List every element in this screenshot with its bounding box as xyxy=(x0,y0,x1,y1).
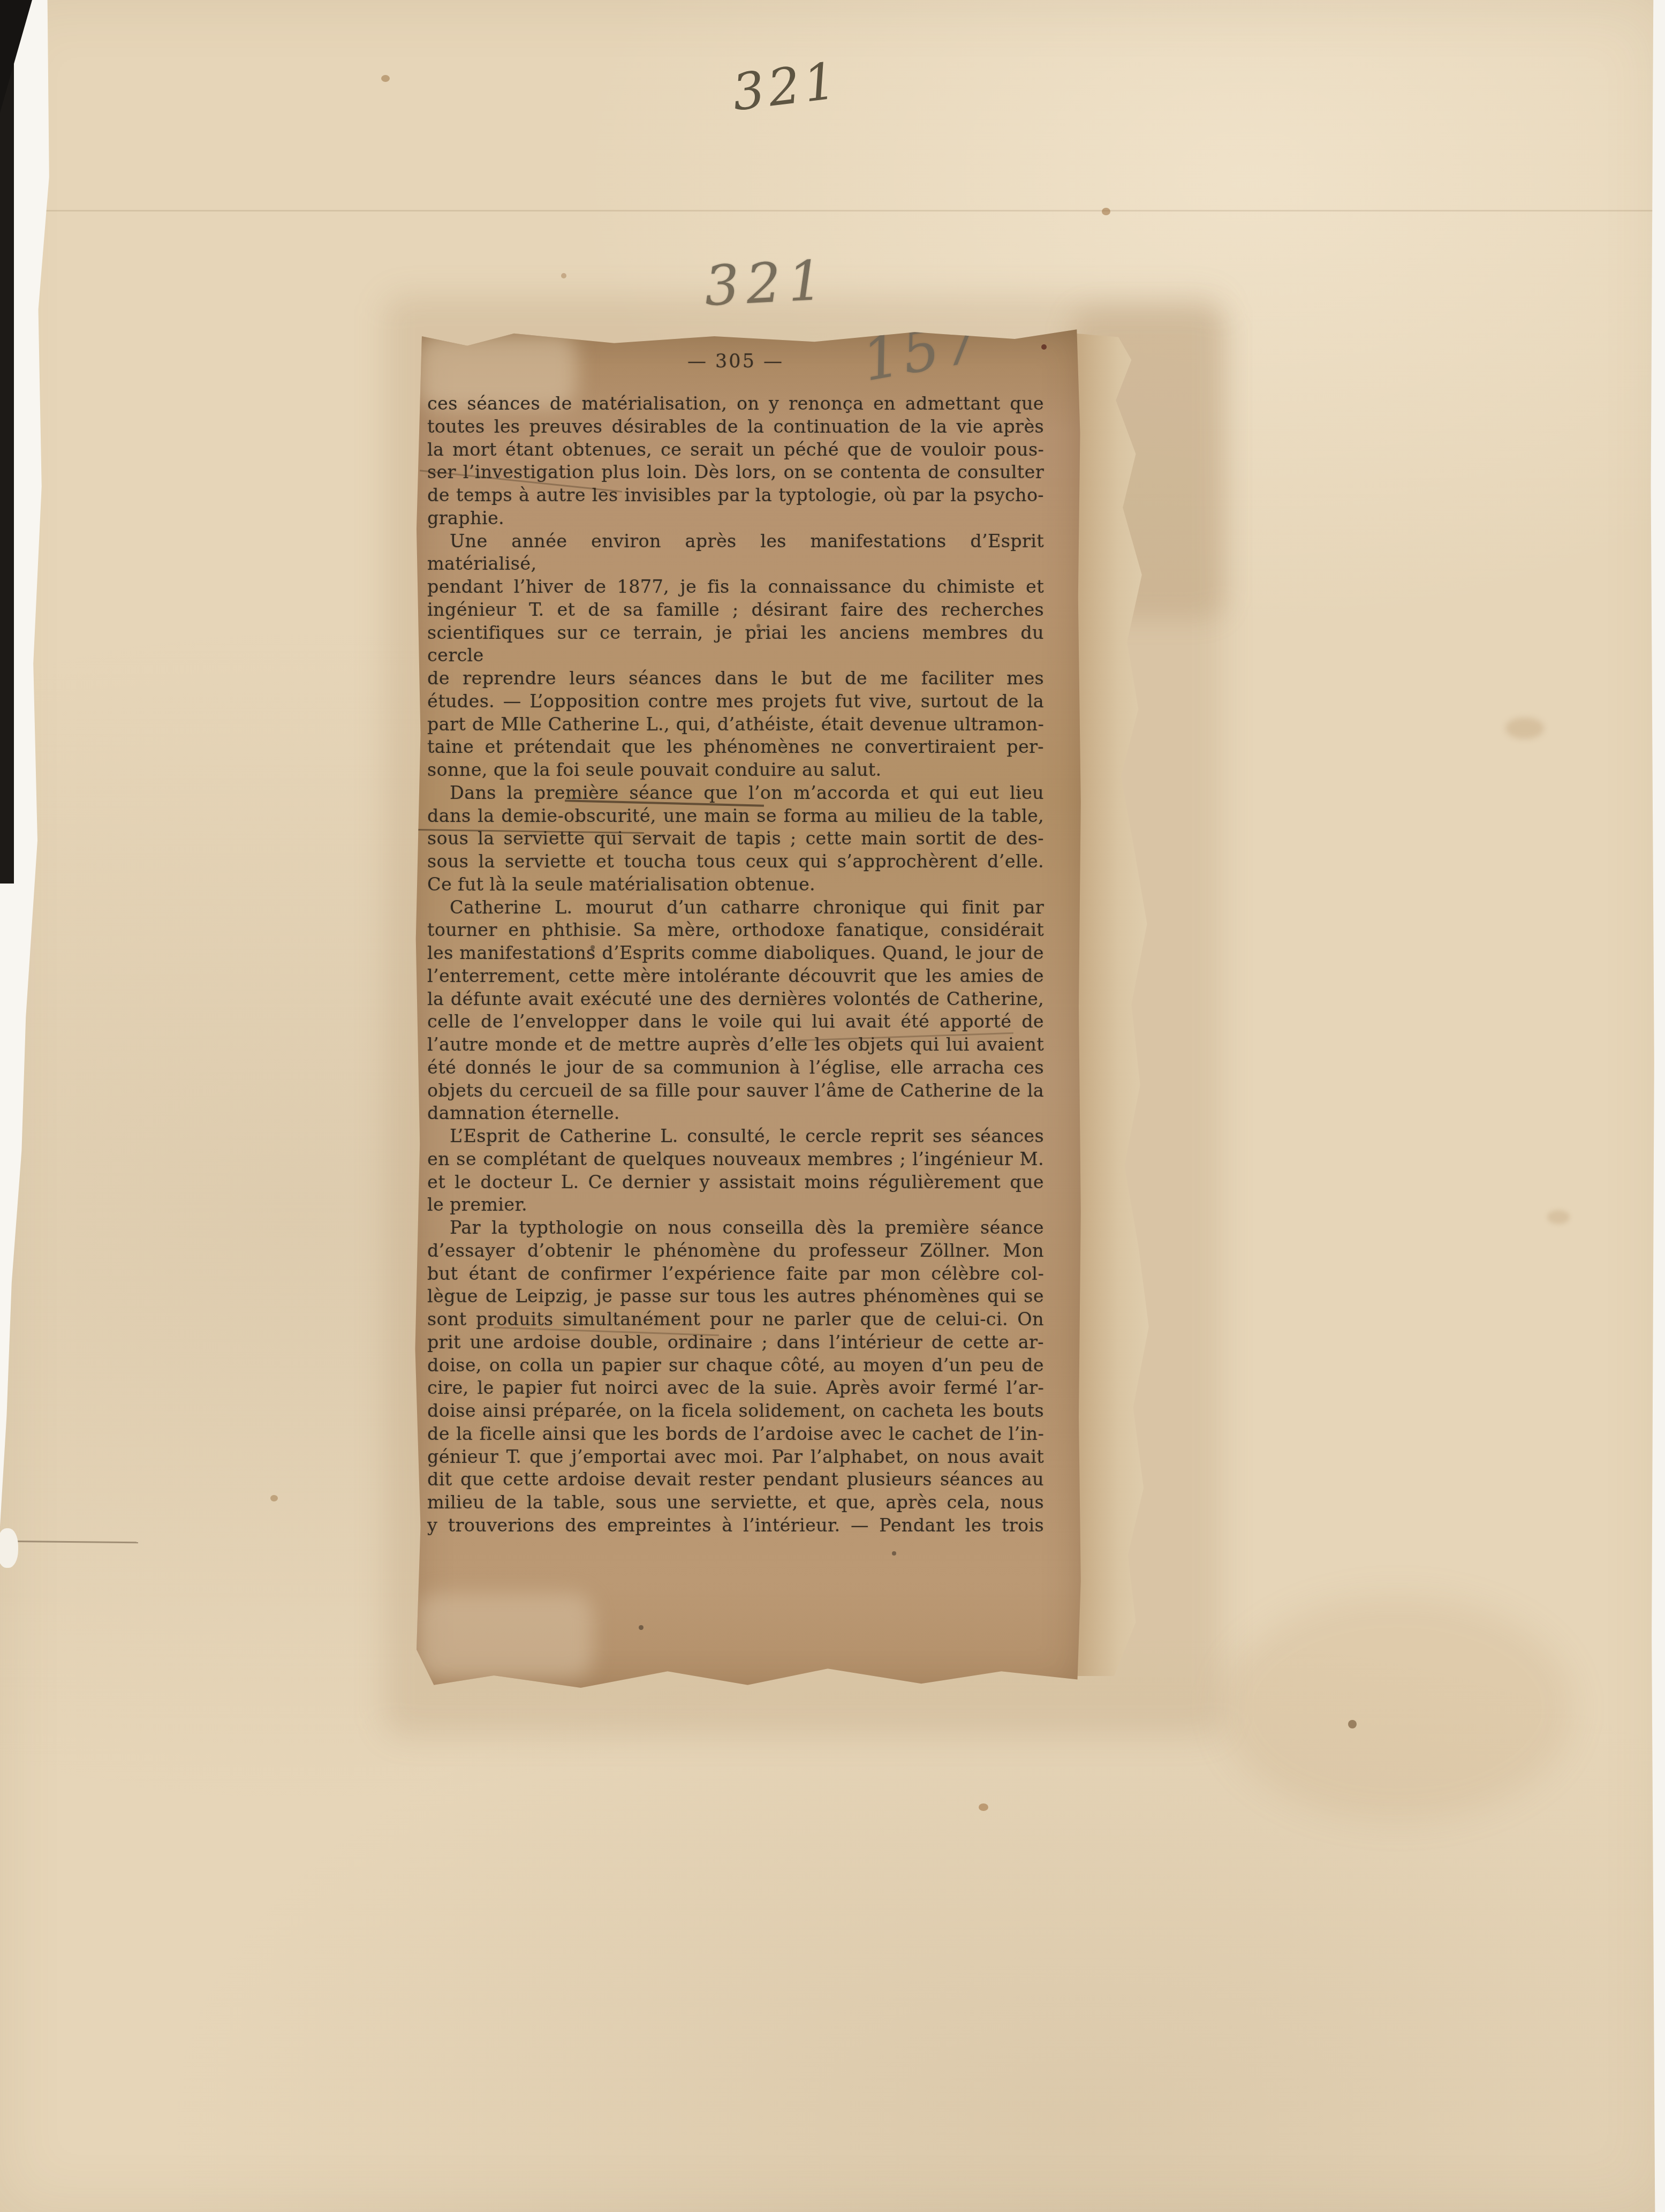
scanned-album-page: 321 321 — 305 — 157 ces séances de matér… xyxy=(0,0,1665,2212)
text-line: l’enterrement, cette mère intolérante dé… xyxy=(427,965,1044,988)
text-line: but étant de confirmer l’expérience fait… xyxy=(427,1263,1044,1286)
text-line: y trouverions des empreintes à l’intérie… xyxy=(427,1514,1044,1537)
text-line: en se complétant de quelques nouveaux me… xyxy=(427,1148,1044,1171)
text-line: été donnés le jour de sa communion à l’é… xyxy=(427,1056,1044,1079)
text-line: Une année environ après les manifestatio… xyxy=(427,530,1044,576)
ink-speck xyxy=(756,624,760,628)
text-line: dit que cette ardoise devait rester pend… xyxy=(427,1468,1044,1491)
text-line: dans la demie-obscurité, une main se for… xyxy=(427,805,1044,828)
text-line: sous la serviette et toucha tous ceux qu… xyxy=(427,850,1044,873)
text-line: les manifestations d’Esprits comme diabo… xyxy=(427,942,1044,965)
text-line: Ce fut là la seule matérialisation obten… xyxy=(427,873,1044,896)
text-line: doise, on colla un papier sur chaque côt… xyxy=(427,1354,1044,1377)
ink-speck xyxy=(1041,344,1047,350)
text-line: génieur T. que j’emportai avec moi. Par … xyxy=(427,1446,1044,1469)
text-line: objets du cercueil de sa fille pour sauv… xyxy=(427,1079,1044,1103)
text-line: scientifiques sur ce terrain, je priai l… xyxy=(427,622,1044,668)
foxing-spot xyxy=(1102,208,1110,215)
text-line: et le docteur L. Ce dernier y assistait … xyxy=(427,1171,1044,1194)
text-line: damnation éternelle. xyxy=(427,1102,1044,1125)
text-line: de reprendre leurs séances dans le but d… xyxy=(427,667,1044,690)
text-line: celle de l’envelopper dans le voile qui … xyxy=(427,1010,1044,1033)
foxing-stain xyxy=(1547,1210,1570,1224)
text-line: graphie. xyxy=(427,507,1044,530)
text-line: Par la typthologie on nous conseilla dès… xyxy=(427,1217,1044,1240)
foxing-spot xyxy=(979,1803,988,1811)
text-line: lègue de Leipzig, je passe sur tous les … xyxy=(427,1285,1044,1308)
foxing-stain xyxy=(1505,718,1544,739)
worn-scuff-bottom-left xyxy=(417,1593,593,1679)
text-line: ces séances de matérialisation, on y ren… xyxy=(427,392,1044,416)
foxing-spot xyxy=(381,75,390,82)
text-line: la défunte avait exécuté une des dernièr… xyxy=(427,988,1044,1011)
text-line: prit une ardoise double, ordinaire ; dan… xyxy=(427,1331,1044,1354)
text-line: de temps à autre les invisibles par la t… xyxy=(427,484,1044,507)
text-line: Catherine L. mourut d’un catharre chroni… xyxy=(427,896,1044,919)
text-line: pendant l’hiver de 1877, je fis la conna… xyxy=(427,576,1044,599)
text-line: le premier. xyxy=(427,1194,1044,1217)
ink-speck xyxy=(591,945,595,949)
foxing-spot xyxy=(561,273,566,278)
text-line: ingénieur T. et de sa famille ; désirant… xyxy=(427,599,1044,622)
text-line: l’autre monde et de mettre auprès d’elle… xyxy=(427,1033,1044,1056)
text-line: doise ainsi préparée, on la ficela solid… xyxy=(427,1400,1044,1423)
text-line: taine et prétendait que les phénomènes n… xyxy=(427,736,1044,759)
water-stain xyxy=(1221,1596,1574,1821)
horizontal-fold-line xyxy=(0,210,1665,212)
text-line: part de Mlle Catherine L., qui, d’athéis… xyxy=(427,713,1044,736)
text-line: L’Esprit de Catherine L. consulté, le ce… xyxy=(427,1125,1044,1148)
text-line: études. — L’opposition contre mes projet… xyxy=(427,690,1044,713)
text-line: sonne, que la foi seule pouvait conduire… xyxy=(427,759,1044,782)
ink-speck xyxy=(892,1551,896,1556)
text-line: de la ficelle ainsi que les bords de l’a… xyxy=(427,1423,1044,1446)
printed-text-block: ces séances de matérialisation, on y ren… xyxy=(427,392,1044,1537)
text-line: d’essayer d’obtenir le phénomène du prof… xyxy=(427,1240,1044,1263)
text-line: tourner en phthisie. Sa mère, orthodoxe … xyxy=(427,919,1044,942)
newspaper-clipping: — 305 — 157 ces séances de matérialisati… xyxy=(414,324,1081,1690)
ink-speck xyxy=(639,1625,644,1630)
scanner-background-sliver xyxy=(0,0,14,884)
paper-crack xyxy=(0,1541,138,1544)
text-line: toutes les preuves désirables de la cont… xyxy=(427,416,1044,439)
text-line: milieu de la table, sous une serviette, … xyxy=(427,1491,1044,1514)
text-line: cire, le papier fut noirci avec de la su… xyxy=(427,1377,1044,1400)
text-line: Dans la première séance que l’on m’accor… xyxy=(427,782,1044,805)
foxing-spot xyxy=(270,1495,278,1501)
text-line: la mort étant obtenues, ce serait un péc… xyxy=(427,439,1044,462)
torn-edge-notch xyxy=(0,1528,18,1568)
